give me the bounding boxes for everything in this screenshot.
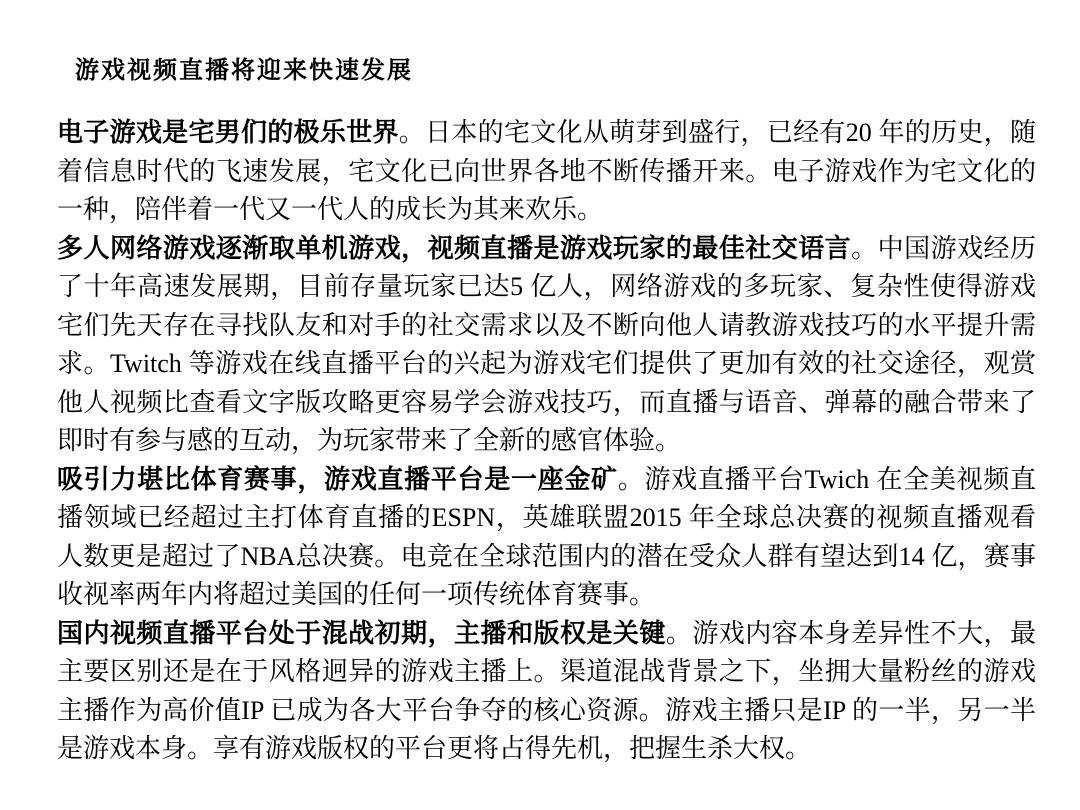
paragraph-4: 国内视频直播平台处于混战初期，主播和版权是关键。游戏内容本身差异性不大，最主要区…	[57, 615, 1036, 769]
paragraph-4-lead: 国内视频直播平台处于混战初期，主播和版权是关键	[57, 619, 666, 648]
document-slide: 游戏视频直播将迎来快速发展 电子游戏是宅男们的极乐世界。日本的宅文化从萌芽到盛行…	[0, 0, 1080, 810]
body-text: 电子游戏是宅男们的极乐世界。日本的宅文化从萌芽到盛行，已经有20 年的历史，随着…	[57, 114, 1036, 769]
paragraph-2-body: 。中国游戏经历了十年高速发展期，目前存量玩家已达5 亿人，网络游戏的多玩家、复杂…	[57, 234, 1036, 456]
paragraph-2: 多人网络游戏逐渐取单机游戏，视频直播是游戏玩家的最佳社交语言。中国游戏经历了十年…	[57, 230, 1036, 461]
paragraph-1: 电子游戏是宅男们的极乐世界。日本的宅文化从萌芽到盛行，已经有20 年的历史，随着…	[57, 114, 1036, 230]
paragraph-2-lead: 多人网络游戏逐渐取单机游戏，视频直播是游戏玩家的最佳社交语言	[57, 234, 851, 263]
paragraph-3-lead: 吸引力堪比体育赛事，游戏直播平台是一座金矿	[57, 465, 618, 494]
paragraph-3: 吸引力堪比体育赛事，游戏直播平台是一座金矿。游戏直播平台Twich 在全美视频直…	[57, 461, 1036, 615]
page-title: 游戏视频直播将迎来快速发展	[75, 50, 413, 85]
paragraph-1-lead: 电子游戏是宅男们的极乐世界	[57, 118, 399, 147]
